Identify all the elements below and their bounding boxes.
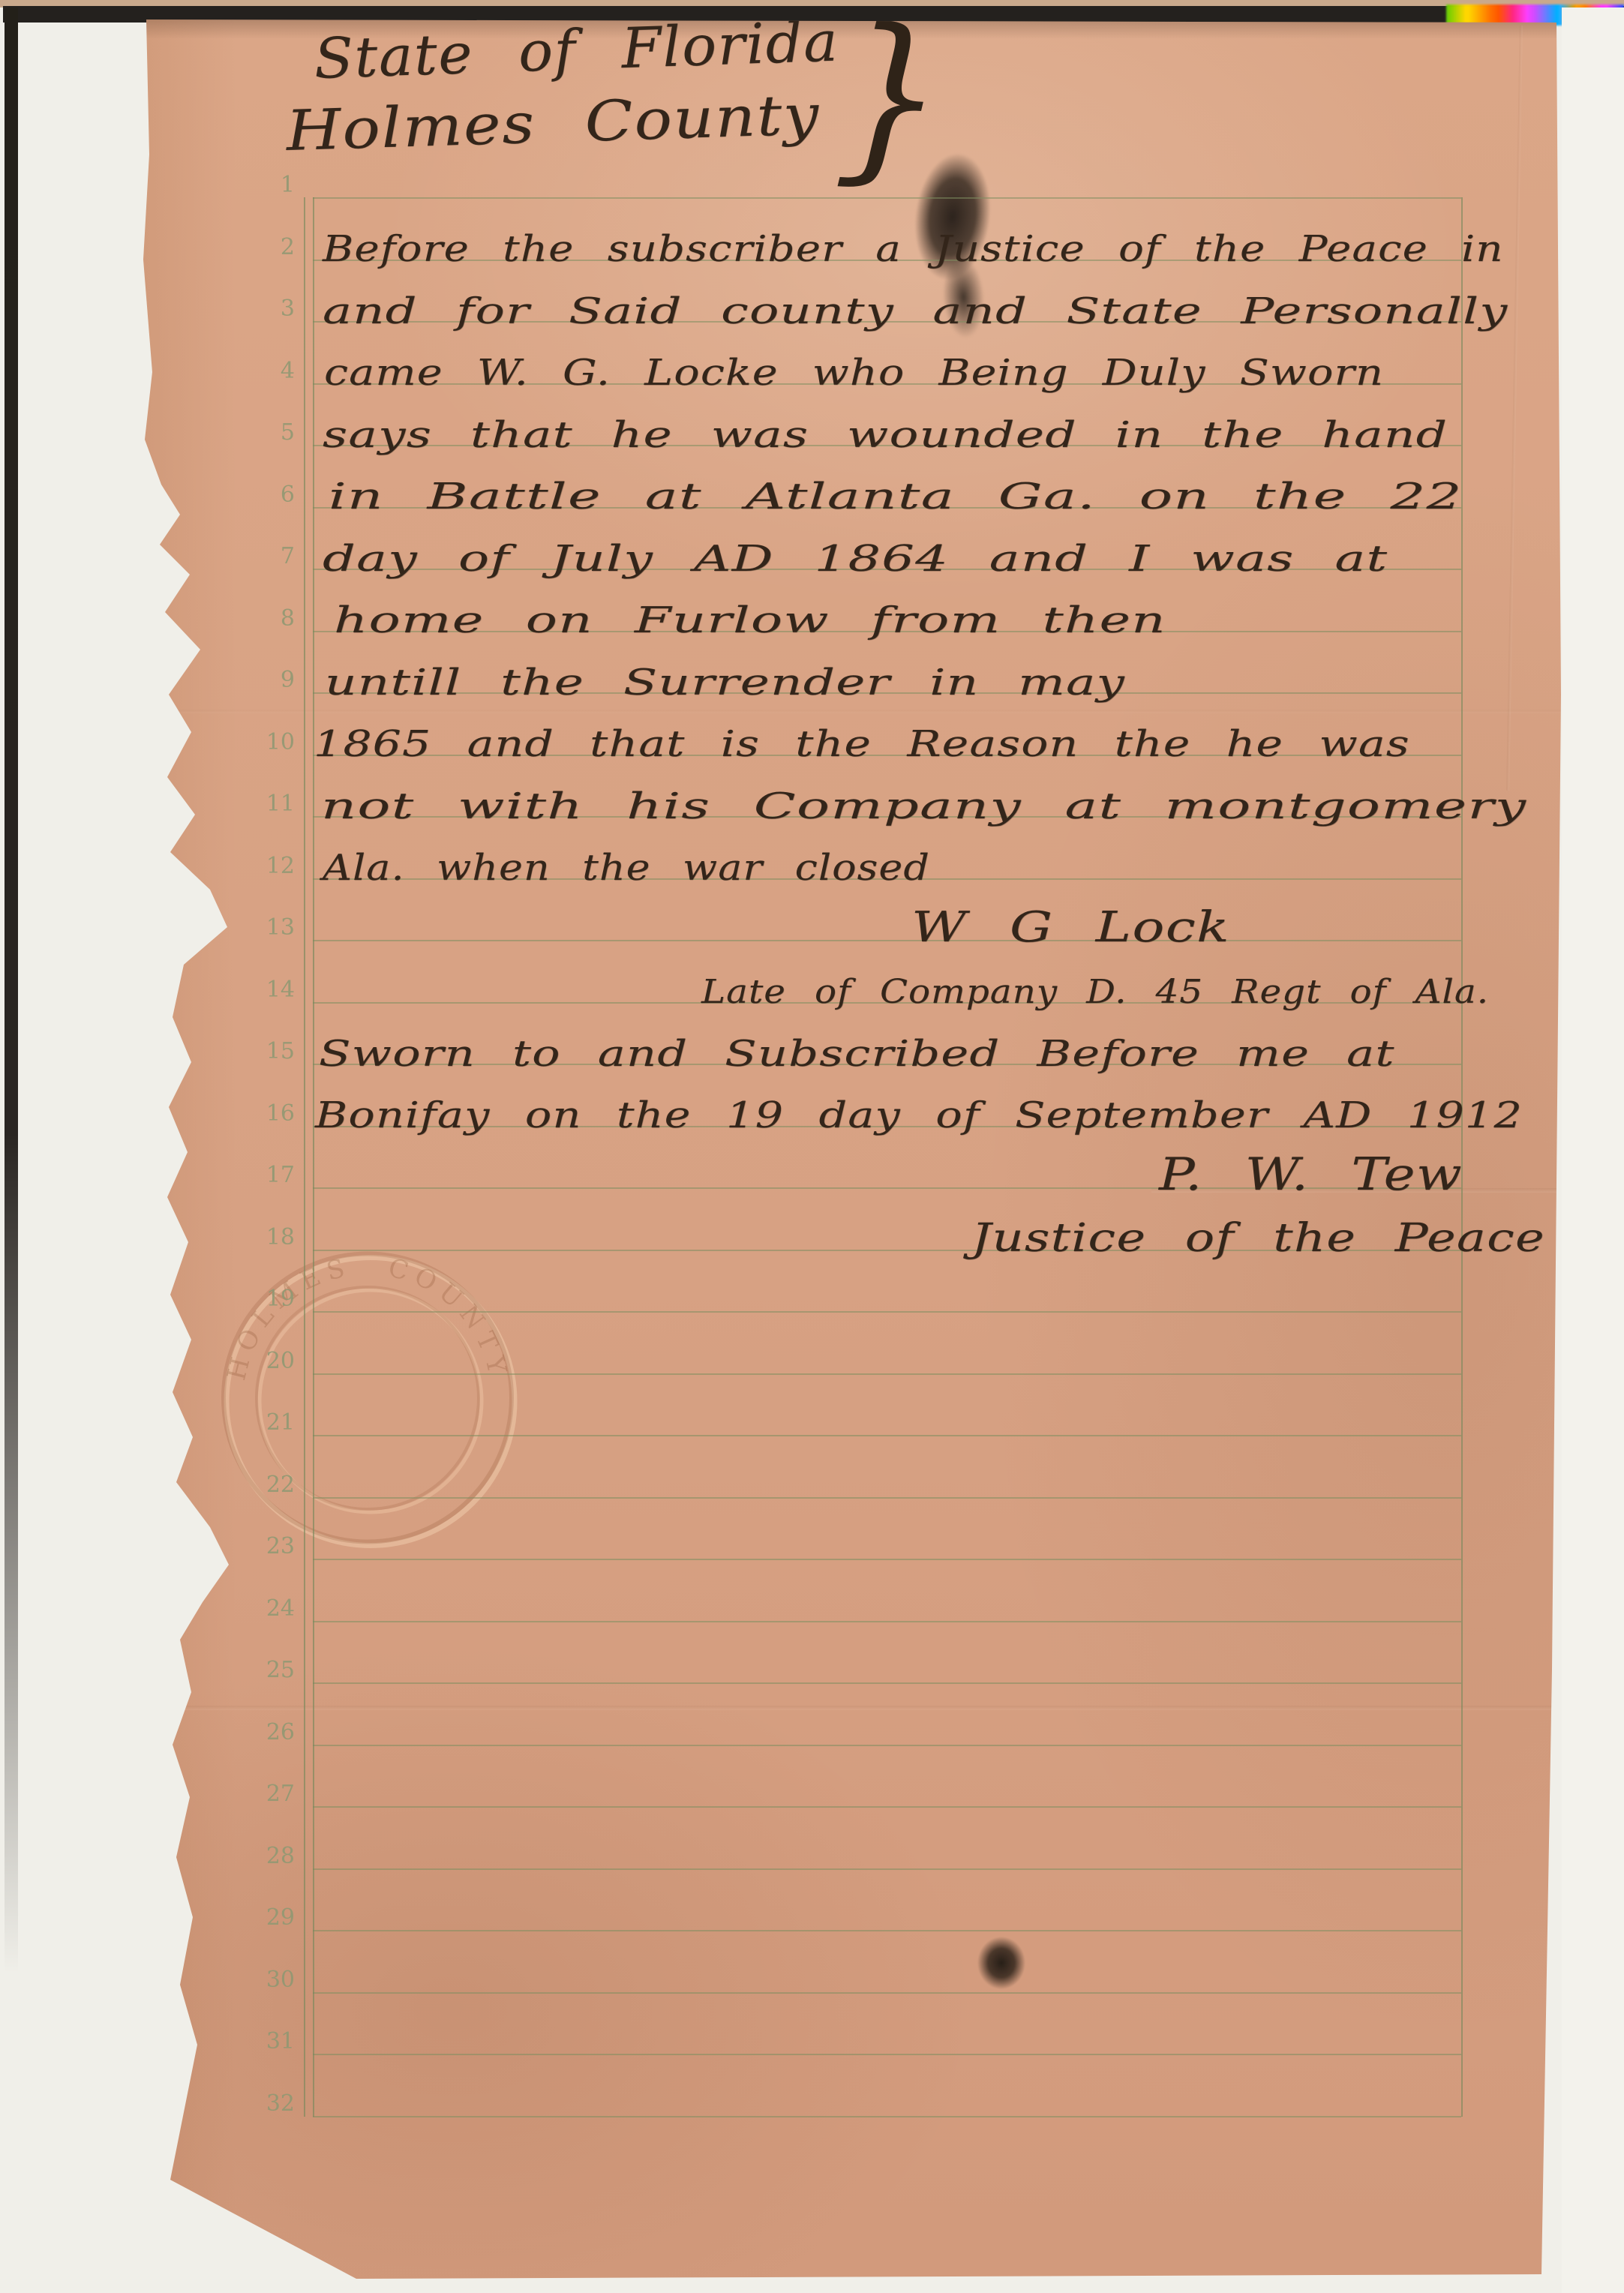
handwriting-line: Sworn to and Subscribed Before me at: [319, 1036, 1395, 1072]
line-number: 20: [242, 1349, 295, 1374]
ruled-line: [313, 1497, 1461, 1499]
handwriting-line: untill the Surrender in may: [325, 665, 1125, 701]
ruled-line: [313, 1992, 1461, 1994]
line-number: 9: [242, 668, 295, 693]
line-number: 21: [242, 1410, 295, 1436]
ruled-line: [313, 1621, 1461, 1622]
ruled-line: [313, 1745, 1461, 1746]
line-number: 10: [242, 730, 295, 755]
line-number: 5: [242, 420, 295, 446]
line-number: 18: [242, 1225, 295, 1250]
ruled-line: [313, 1435, 1461, 1436]
ruled-line: [313, 1682, 1461, 1684]
ruled-line: [313, 2054, 1461, 2055]
handwriting-line: says that he was wounded in the hand: [323, 417, 1448, 453]
line-number: 26: [242, 1720, 295, 1745]
handwriting-line: day of July AD 1864 and I was at: [323, 541, 1388, 577]
fold-crease: [139, 710, 1561, 713]
line-number: 22: [242, 1472, 295, 1498]
fold-crease: [139, 1706, 1561, 1710]
ruled-line: [313, 1373, 1461, 1375]
ruled-line: [313, 1311, 1461, 1313]
handwriting-line: W G Lock: [911, 907, 1230, 949]
header-script-line: State of Florida: [313, 14, 839, 87]
line-number: 32: [242, 2091, 295, 2117]
handwriting-line: came W. G. Locke who Being Duly Sworn: [324, 355, 1384, 391]
line-number: 31: [242, 2029, 295, 2054]
line-number: 17: [242, 1163, 295, 1188]
ruled-line: [313, 940, 1461, 941]
handwriting-line: Late of Company D. 45 Regt of Ala.: [701, 976, 1489, 1009]
fold-crease-vertical: [1506, 26, 1523, 791]
line-number: 15: [242, 1039, 295, 1064]
ruled-line: [313, 197, 1461, 199]
line-number: 2: [242, 235, 295, 260]
handwriting-line: home on Furlow from then: [334, 602, 1166, 638]
handwriting-line: P. W. Tew: [1159, 1152, 1463, 1197]
ruled-line: [313, 1559, 1461, 1560]
margin-line-inner: [313, 197, 314, 2117]
line-number: 23: [242, 1534, 295, 1559]
handwriting-line: Justice of the Peace: [971, 1219, 1545, 1258]
ruled-line: [313, 1930, 1461, 1931]
handwriting-line: Ala. when the war closed: [323, 850, 930, 886]
margin-line-outer: [304, 197, 305, 2117]
line-number: 19: [242, 1286, 295, 1312]
header-script-line: Holmes County: [285, 87, 821, 159]
paper-torn-edge-shading: [139, 20, 236, 2280]
line-number: 7: [242, 544, 295, 569]
ink-blot: [977, 1937, 1025, 1989]
handwriting-line: and for Said county and State Personally: [323, 293, 1508, 329]
handwriting-line: not with his Company at montgomery: [321, 788, 1526, 824]
ruled-line: [313, 1868, 1461, 1870]
line-number: 13: [242, 915, 295, 941]
line-number: 27: [242, 1781, 295, 1807]
line-number: 16: [242, 1101, 295, 1127]
line-number: 25: [242, 1658, 295, 1683]
handwriting-line: in Battle at Atlanta Ga. on the 22: [329, 479, 1463, 515]
ruled-line: [313, 1806, 1461, 1808]
line-number: 29: [242, 1905, 295, 1931]
line-number: 30: [242, 1967, 295, 1993]
line-number: 3: [242, 296, 295, 322]
line-number: 14: [242, 977, 295, 1003]
line-number: 8: [242, 606, 295, 632]
paper: HOLMES COUNTY } 123456789101112131415161…: [139, 20, 1561, 2280]
line-number: 28: [242, 1844, 295, 1869]
line-number: 1: [242, 173, 295, 198]
ruled-line: [313, 2116, 1461, 2117]
line-number: 12: [242, 854, 295, 879]
scanner-background: [1562, 8, 1624, 2293]
line-number: 6: [242, 482, 295, 508]
handwriting-line: 1865 and that is the Reason the he was: [314, 726, 1410, 762]
scanned-document: HOLMES COUNTY } 123456789101112131415161…: [0, 0, 1624, 2293]
line-number: 4: [242, 359, 295, 384]
line-number: 24: [242, 1596, 295, 1622]
scanner-edge-shadow: [5, 8, 18, 2055]
handwriting-line: Bonifay on the 19 day of September AD 19…: [315, 1097, 1523, 1133]
line-number: 11: [242, 791, 295, 817]
handwriting-line: Before the subscriber a Justice of the P…: [323, 231, 1504, 267]
